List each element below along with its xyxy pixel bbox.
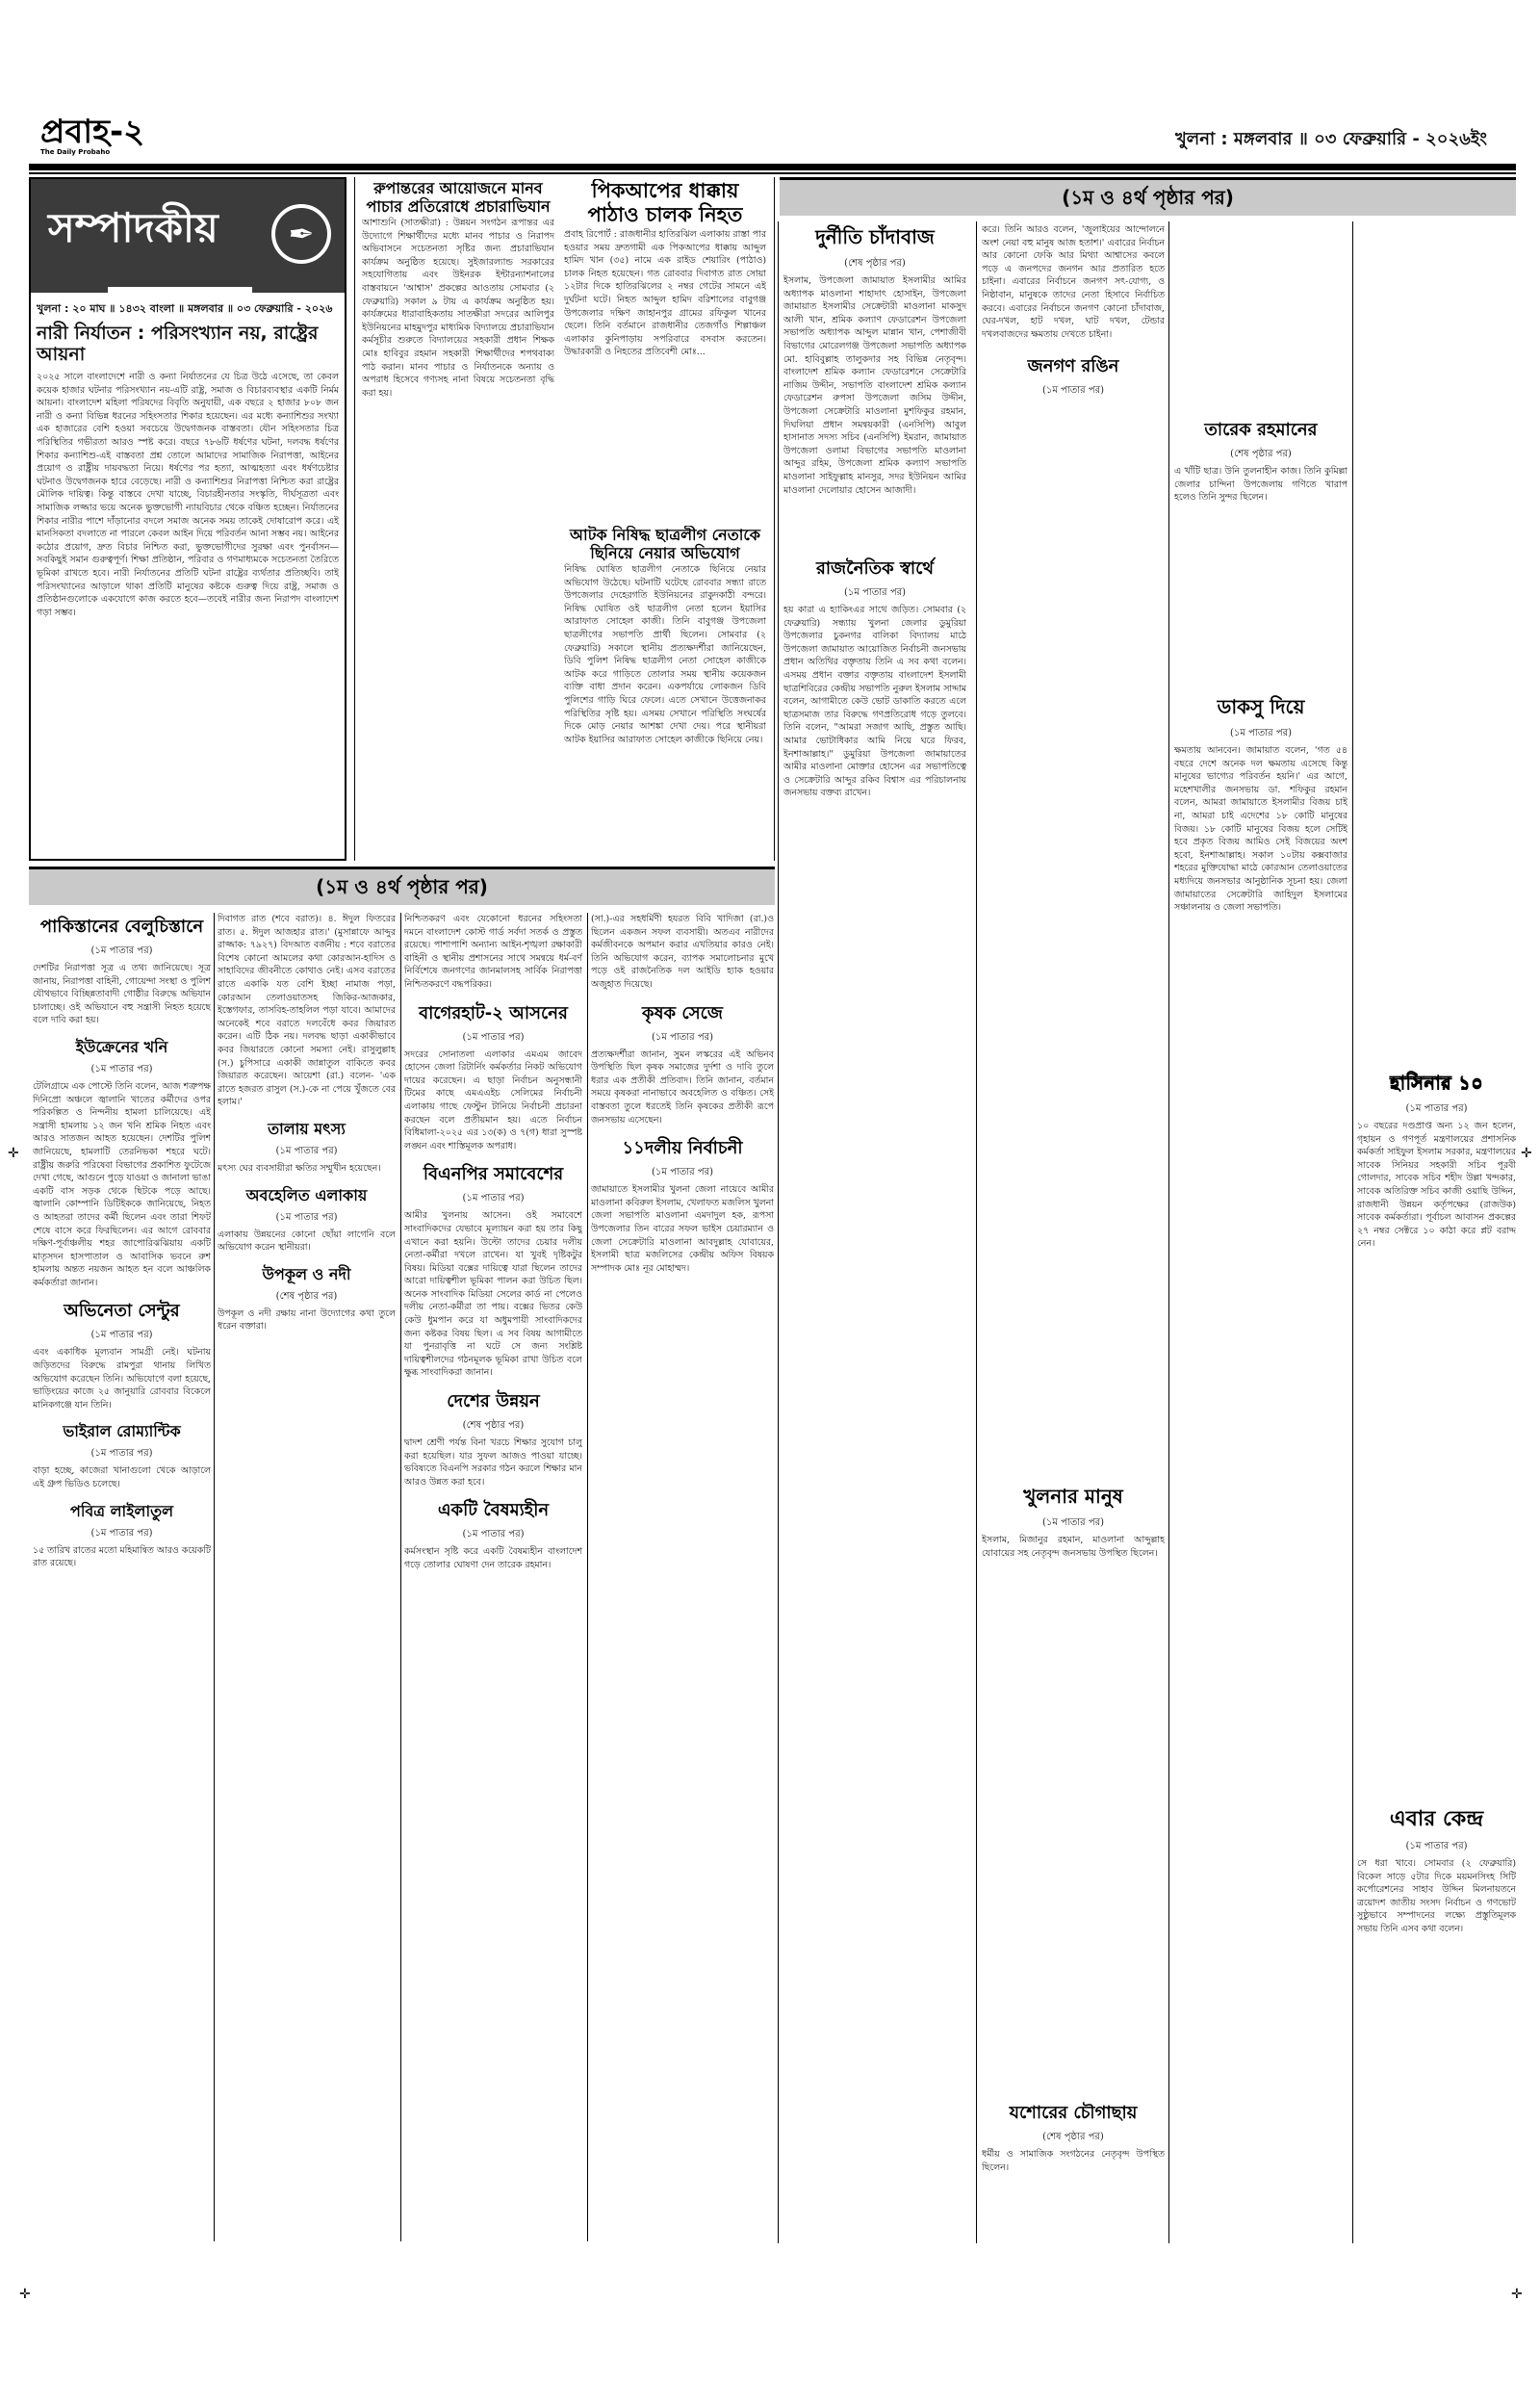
column-divider bbox=[400, 913, 401, 2241]
article-body: দেশটির নিরাপত্তা সূত্র এ তথ্য জানিয়েছে।… bbox=[33, 962, 211, 1027]
newspaper-page: প্রবাহ-২ The Daily Probaho খুলনা : মঙ্গল… bbox=[29, 96, 1516, 2253]
fountain-pen-icon: ✒ bbox=[271, 204, 331, 264]
article-body: ক্ষমতায় আনবেন। জামায়াত বলেন, 'গত ৫৪ বছ… bbox=[1174, 744, 1347, 915]
article-dakshu: ডাকসু দিয়ে (১ম পাতার পর) ক্ষমতায় আনবেন… bbox=[1174, 693, 1347, 1059]
article-body: হয় কারা এ হ্যাকিংএর সাথে জড়িত। সোমবার … bbox=[783, 604, 966, 800]
article-body: করে। তিনি আরও বলেন, 'জুলাইয়ের আন্দোলনে … bbox=[982, 223, 1165, 341]
article-headline: অভিনেতা সেন্টুর bbox=[33, 1297, 211, 1327]
article-body: এবং একাধিক মূল্যবান সামগ্রী নেই। ঘটনায় … bbox=[33, 1346, 211, 1411]
article-hasina-10: হাসিনার ১০ (১ম পাতার পর) ১০ বছরের দণ্ডপ্… bbox=[1357, 1069, 1516, 1743]
registration-mark-bottom-left: ✛ bbox=[19, 2287, 31, 2302]
article-headline: কৃষক সেজে bbox=[591, 999, 774, 1029]
article-rupantor: রুপান্তরের আয়োজনে মানব পাচার প্রতিরোধে … bbox=[362, 179, 554, 863]
article-continued-label: (১ম পাতার পর) bbox=[218, 1144, 396, 1160]
article-continued-label: (১ম পাতার পর) bbox=[982, 1515, 1165, 1532]
article-continued-label: (১ম পাতার পর) bbox=[591, 1165, 774, 1181]
article-rajnoitik: রাজনৈতিক স্বার্থে (১ম পাতার পর) হয় কারা… bbox=[783, 555, 966, 863]
registration-mark-left: ✛ bbox=[8, 1146, 19, 1161]
article-body: দ্বাদশ শ্রেণী পর্যন্ত বিনা খরচে শিক্ষার … bbox=[404, 1436, 582, 1488]
article-jonogon: করে। তিনি আরও বলেন, 'জুলাইয়ের আন্দোলনে … bbox=[982, 223, 1165, 1090]
article-hasina: হাসিনার ১০ bbox=[1357, 223, 1516, 1090]
masthead-rule-thin bbox=[29, 172, 1516, 174]
article-headline: বাগেরহাট-২ আসনের bbox=[404, 999, 582, 1029]
editorial-title: সম্পাদকীয় bbox=[48, 196, 218, 265]
banner-bar bbox=[108, 287, 252, 293]
article-continued-label: (১ম পাতার পর) bbox=[33, 1526, 211, 1542]
article-continued-label: (১ম পাতার পর) bbox=[1357, 1101, 1516, 1118]
article-headline: পাকিস্তানের বেলুচিস্তানে bbox=[33, 913, 211, 943]
column-divider bbox=[354, 177, 355, 861]
article-body: জামায়াতে ইসলামীর খুলনা জেলা নায়েবে আমী… bbox=[591, 1183, 774, 1275]
article-body: উপকূল ও নদী রক্ষায় নানা উদ্যোগের কথা তু… bbox=[218, 1307, 396, 1333]
article-headline: উপকূল ও নদী bbox=[218, 1262, 396, 1288]
article-continued-label: (১ম পাতার পর) bbox=[33, 1328, 211, 1344]
article-continued-label: (১ম পাতার পর) bbox=[404, 1191, 582, 1207]
column-divider bbox=[778, 221, 779, 2243]
article-continued-label: (১ম পাতার পর) bbox=[404, 1030, 582, 1047]
column-divider bbox=[1168, 221, 1169, 2243]
article-ebar-kendro: এবার কেন্দ্র (১ম পাতার পর) সে ধরা খাবে। … bbox=[1357, 1802, 1516, 2110]
column-divider bbox=[774, 177, 775, 861]
article-continued-label: (শেষ পৃষ্ঠার পর) bbox=[783, 256, 966, 272]
newspaper-logo: প্রবাহ-২ The Daily Probaho bbox=[40, 116, 144, 156]
article-body: ১৫ তারিখ রাতের মতো মহিমান্বিত আরও কয়েকট… bbox=[33, 1544, 211, 1570]
article-continued-label: (১ম পাতার পর) bbox=[591, 1030, 774, 1047]
column-divider bbox=[214, 913, 215, 2241]
continued-band-mid: (১ম ও ৪র্থ পৃষ্ঠার পর) bbox=[29, 867, 775, 905]
article-headline: দুর্নীতি চাঁদাবাজ bbox=[783, 223, 966, 255]
article-continued-label: (শেষ পৃষ্ঠার পর) bbox=[1174, 447, 1347, 463]
article-continued-label: (১ম পাতার পর) bbox=[33, 1446, 211, 1462]
article-headline: পিকআপের ধাক্কায় পাঠাও চালক নিহত bbox=[564, 179, 766, 227]
article-headline: হাসিনার ১০ bbox=[1357, 1069, 1516, 1100]
article-continued-label: (১ম পাতার পর) bbox=[404, 1527, 582, 1543]
registration-mark-bottom-right: ✛ bbox=[1511, 2287, 1523, 2302]
column-divider bbox=[976, 221, 977, 2243]
article-headline: যশোরের চৌগাছায় bbox=[982, 2099, 1165, 2129]
lower-column-4: (সা.)-এর সহধর্মিণী হযরত বিবি খাদিজা (রা.… bbox=[591, 913, 774, 2241]
article-body: ১০ বছরের দণ্ডপ্রাপ্ত অন্য ১২ জন হলেন, গৃ… bbox=[1357, 1120, 1516, 1251]
article-headline: অবহেলিত এলাকায় bbox=[218, 1183, 396, 1209]
article-body: কর্মসংস্থান সৃষ্টি করে একটি বৈষম্যহীন বা… bbox=[404, 1545, 582, 1571]
article-headline: দেশের উন্নয়ন bbox=[404, 1387, 582, 1417]
masthead: প্রবাহ-২ The Daily Probaho খুলনা : মঙ্গল… bbox=[29, 96, 1516, 166]
article-headline: রাজনৈতিক স্বার্থে bbox=[783, 555, 966, 584]
article-body: ইসলাম, উপজেলা জামায়াত ইসলামীর আমির অধ্য… bbox=[783, 274, 966, 497]
article-continued-label: (১ম পাতার পর) bbox=[33, 1062, 211, 1078]
dateline: খুলনা : মঙ্গলবার ॥ ০৩ ফেব্রুয়ারি - ২০২৬… bbox=[1175, 125, 1487, 155]
article-headline: পবিত্র লাইলাতুল bbox=[33, 1499, 211, 1525]
article-body: প্রত্যক্ষদর্শীরা জানান, সুমন লস্করের এই … bbox=[591, 1048, 774, 1127]
article-headline: ভাইরাল রোম্যান্টিক bbox=[33, 1419, 211, 1445]
column-divider bbox=[587, 913, 588, 2241]
article-tarek: তারেক রহমানের (শেষ পৃষ্ঠার পর) এ খাঁটি ছ… bbox=[1174, 223, 1347, 676]
editorial-body: ২০২৫ সালে বাংলাদেশে নারী ও কন্যা নির্যাত… bbox=[31, 371, 345, 881]
article-body: প্রবাহ রিপোর্ট : রাজধানীর হাতিরঝিল এলাকা… bbox=[564, 228, 766, 359]
article-body: আমীর খুলনায় আসেন। ওই সমাবেশে সাংবাদিকদে… bbox=[404, 1209, 582, 1380]
article-body: সদরের সোনাতলা এলাকার এমএম জাবেদ হোসেন জে… bbox=[404, 1048, 582, 1153]
article-continued-label: (১ম পাতার পর) bbox=[1174, 726, 1347, 742]
article-headline: একটি বৈষম্যহীন bbox=[404, 1496, 582, 1526]
article-durniti: দুর্নীতি চাঁদাবাজ (শেষ পৃষ্ঠার পর) ইসলাম… bbox=[783, 223, 966, 599]
article-body: এ খাঁটি ছাত্র। উনি তুলনাহীন কাজ। তিনি কু… bbox=[1174, 465, 1347, 505]
article-continued-label: (১ম পাতার পর) bbox=[33, 944, 211, 960]
column-divider bbox=[1352, 221, 1353, 2243]
article-headline: আটক নিষিদ্ধ ছাত্রলীগ নেতাকে ছিনিয়ে নেয়… bbox=[564, 526, 766, 562]
article-jessore: যশোরের চৌগাছায় (শেষ পৃষ্ঠার পর) ধর্মীয়… bbox=[982, 2099, 1165, 2214]
article-pickup-accident: পিকআপের ধাক্কায় পাঠাও চালক নিহত প্রবাহ … bbox=[564, 179, 766, 564]
article-body: নিশ্চিতকরণ এবং যেকোনো ধরনের সহিংসতা দমনে… bbox=[404, 913, 582, 992]
editorial-date: খুলনা : ২০ মাঘ ॥ ১৪৩২ বাংলা ॥ মঙ্গলবার ॥… bbox=[31, 293, 345, 321]
lower-column-3: নিশ্চিতকরণ এবং যেকোনো ধরনের সহিংসতা দমনে… bbox=[404, 913, 582, 2241]
article-headline: ডাকসু দিয়ে bbox=[1174, 693, 1347, 725]
article-khulnar-manush: খুলনার মানুষ (১ম পাতার পর) ইসলাম, মিজানু… bbox=[982, 1483, 1165, 1598]
article-chhatraleague: আটক নিষিদ্ধ ছাত্রলীগ নেতাকে ছিনিয়ে নেয়… bbox=[564, 526, 766, 863]
article-body: বাড়া হচ্ছে, কাজেরা খানাগুলো খেকে আড়ালে… bbox=[33, 1464, 211, 1490]
article-headline: এবার কেন্দ্র bbox=[1357, 1802, 1516, 1838]
article-headline: জনগণ রঙিন bbox=[982, 352, 1165, 382]
article-body: দিবাগত রাত (শবে বরাত)। ৪. ঈদুল ফিতরের রা… bbox=[218, 913, 396, 1109]
registration-mark-right: ✛ bbox=[1521, 1146, 1532, 1161]
article-body: ধর্মীয় ও সামাজিক সংগঠনের নেতৃবৃন্দ উপস্… bbox=[982, 2148, 1165, 2174]
article-body: মৎস্য ঘের ব্যবসায়ীরা ক্ষতির সম্মুখীন হয… bbox=[218, 1162, 396, 1176]
editorial-headline: নারী নির্যাতন : পরিসংখ্যান নয়, রাষ্ট্রে… bbox=[31, 321, 345, 371]
article-headline: ১১দলীয় নির্বাচনী bbox=[591, 1134, 774, 1164]
lower-column-1: পাকিস্তানের বেলুচিস্তানে (১ম পাতার পর) দ… bbox=[33, 913, 211, 2241]
article-headline: তারেক রহমানের bbox=[1174, 416, 1347, 446]
article-headline: ইউক্রেনের খনি bbox=[33, 1035, 211, 1061]
article-continued-label: (১ম পাতার পর) bbox=[218, 1210, 396, 1227]
article-headline: খুলনার মানুষ bbox=[982, 1483, 1165, 1514]
article-body: আশাশুনি (সাতক্ষীরা) : উন্নয়ন সংগঠন রূপা… bbox=[362, 217, 554, 400]
article-continued-label: (শেষ পৃষ্ঠার পর) bbox=[982, 2130, 1165, 2146]
article-body: ইসলাম, মিজানুর রহমান, মাওলানা আব্দুল্লাহ… bbox=[982, 1534, 1165, 1560]
article-body: (সা.)-এর সহধর্মিণী হযরত বিবি খাদিজা (রা.… bbox=[591, 913, 774, 992]
editorial-box: সম্পাদকীয় ✒ খুলনা : ২০ মাঘ ॥ ১৪৩২ বাংলা… bbox=[29, 177, 346, 861]
editorial-banner: সম্পাদকীয় ✒ bbox=[31, 179, 345, 293]
article-body: টেলিগ্রামে এক পোস্টে তিনি বলেন, আজ শত্রু… bbox=[33, 1080, 211, 1290]
article-headline: রুপান্তরের আয়োজনে মানব পাচার প্রতিরোধে … bbox=[362, 179, 554, 216]
logo-text: প্রবাহ-২ bbox=[40, 113, 144, 151]
article-headline: বিএনপির সমাবেশের bbox=[404, 1160, 582, 1190]
continued-band-top: (১ম ও ৪র্থ পৃষ্ঠার পর) bbox=[780, 177, 1516, 216]
article-body: সে ধরা খাবে। সোমবার (২ ফেব্রুয়ারি) বিকে… bbox=[1357, 1857, 1516, 1936]
article-continued-label: (১ম পাতার পর) bbox=[982, 383, 1165, 400]
article-continued-label: (১ম পাতার পর) bbox=[1357, 1839, 1516, 1855]
article-body: এলাকায় উন্নয়নের কোনো ছোঁয়া লাগেনি বলে… bbox=[218, 1229, 396, 1255]
masthead-rule bbox=[29, 164, 1516, 170]
article-continued-label: (শেষ পৃষ্ঠার পর) bbox=[218, 1289, 396, 1306]
lower-column-2: দিবাগত রাত (শবে বরাত)। ৪. ঈদুল ফিতরের রা… bbox=[218, 913, 396, 2241]
article-continued-label: (১ম পাতার পর) bbox=[783, 585, 966, 602]
article-continued-label: (শেষ পৃষ্ঠার পর) bbox=[404, 1418, 582, 1435]
article-body: নিষিদ্ধ ঘোষিত ছাত্রলীগ নেতাকে ছিনিয়ে নে… bbox=[564, 563, 766, 746]
article-headline: তালায় মৎস্য bbox=[218, 1117, 396, 1143]
